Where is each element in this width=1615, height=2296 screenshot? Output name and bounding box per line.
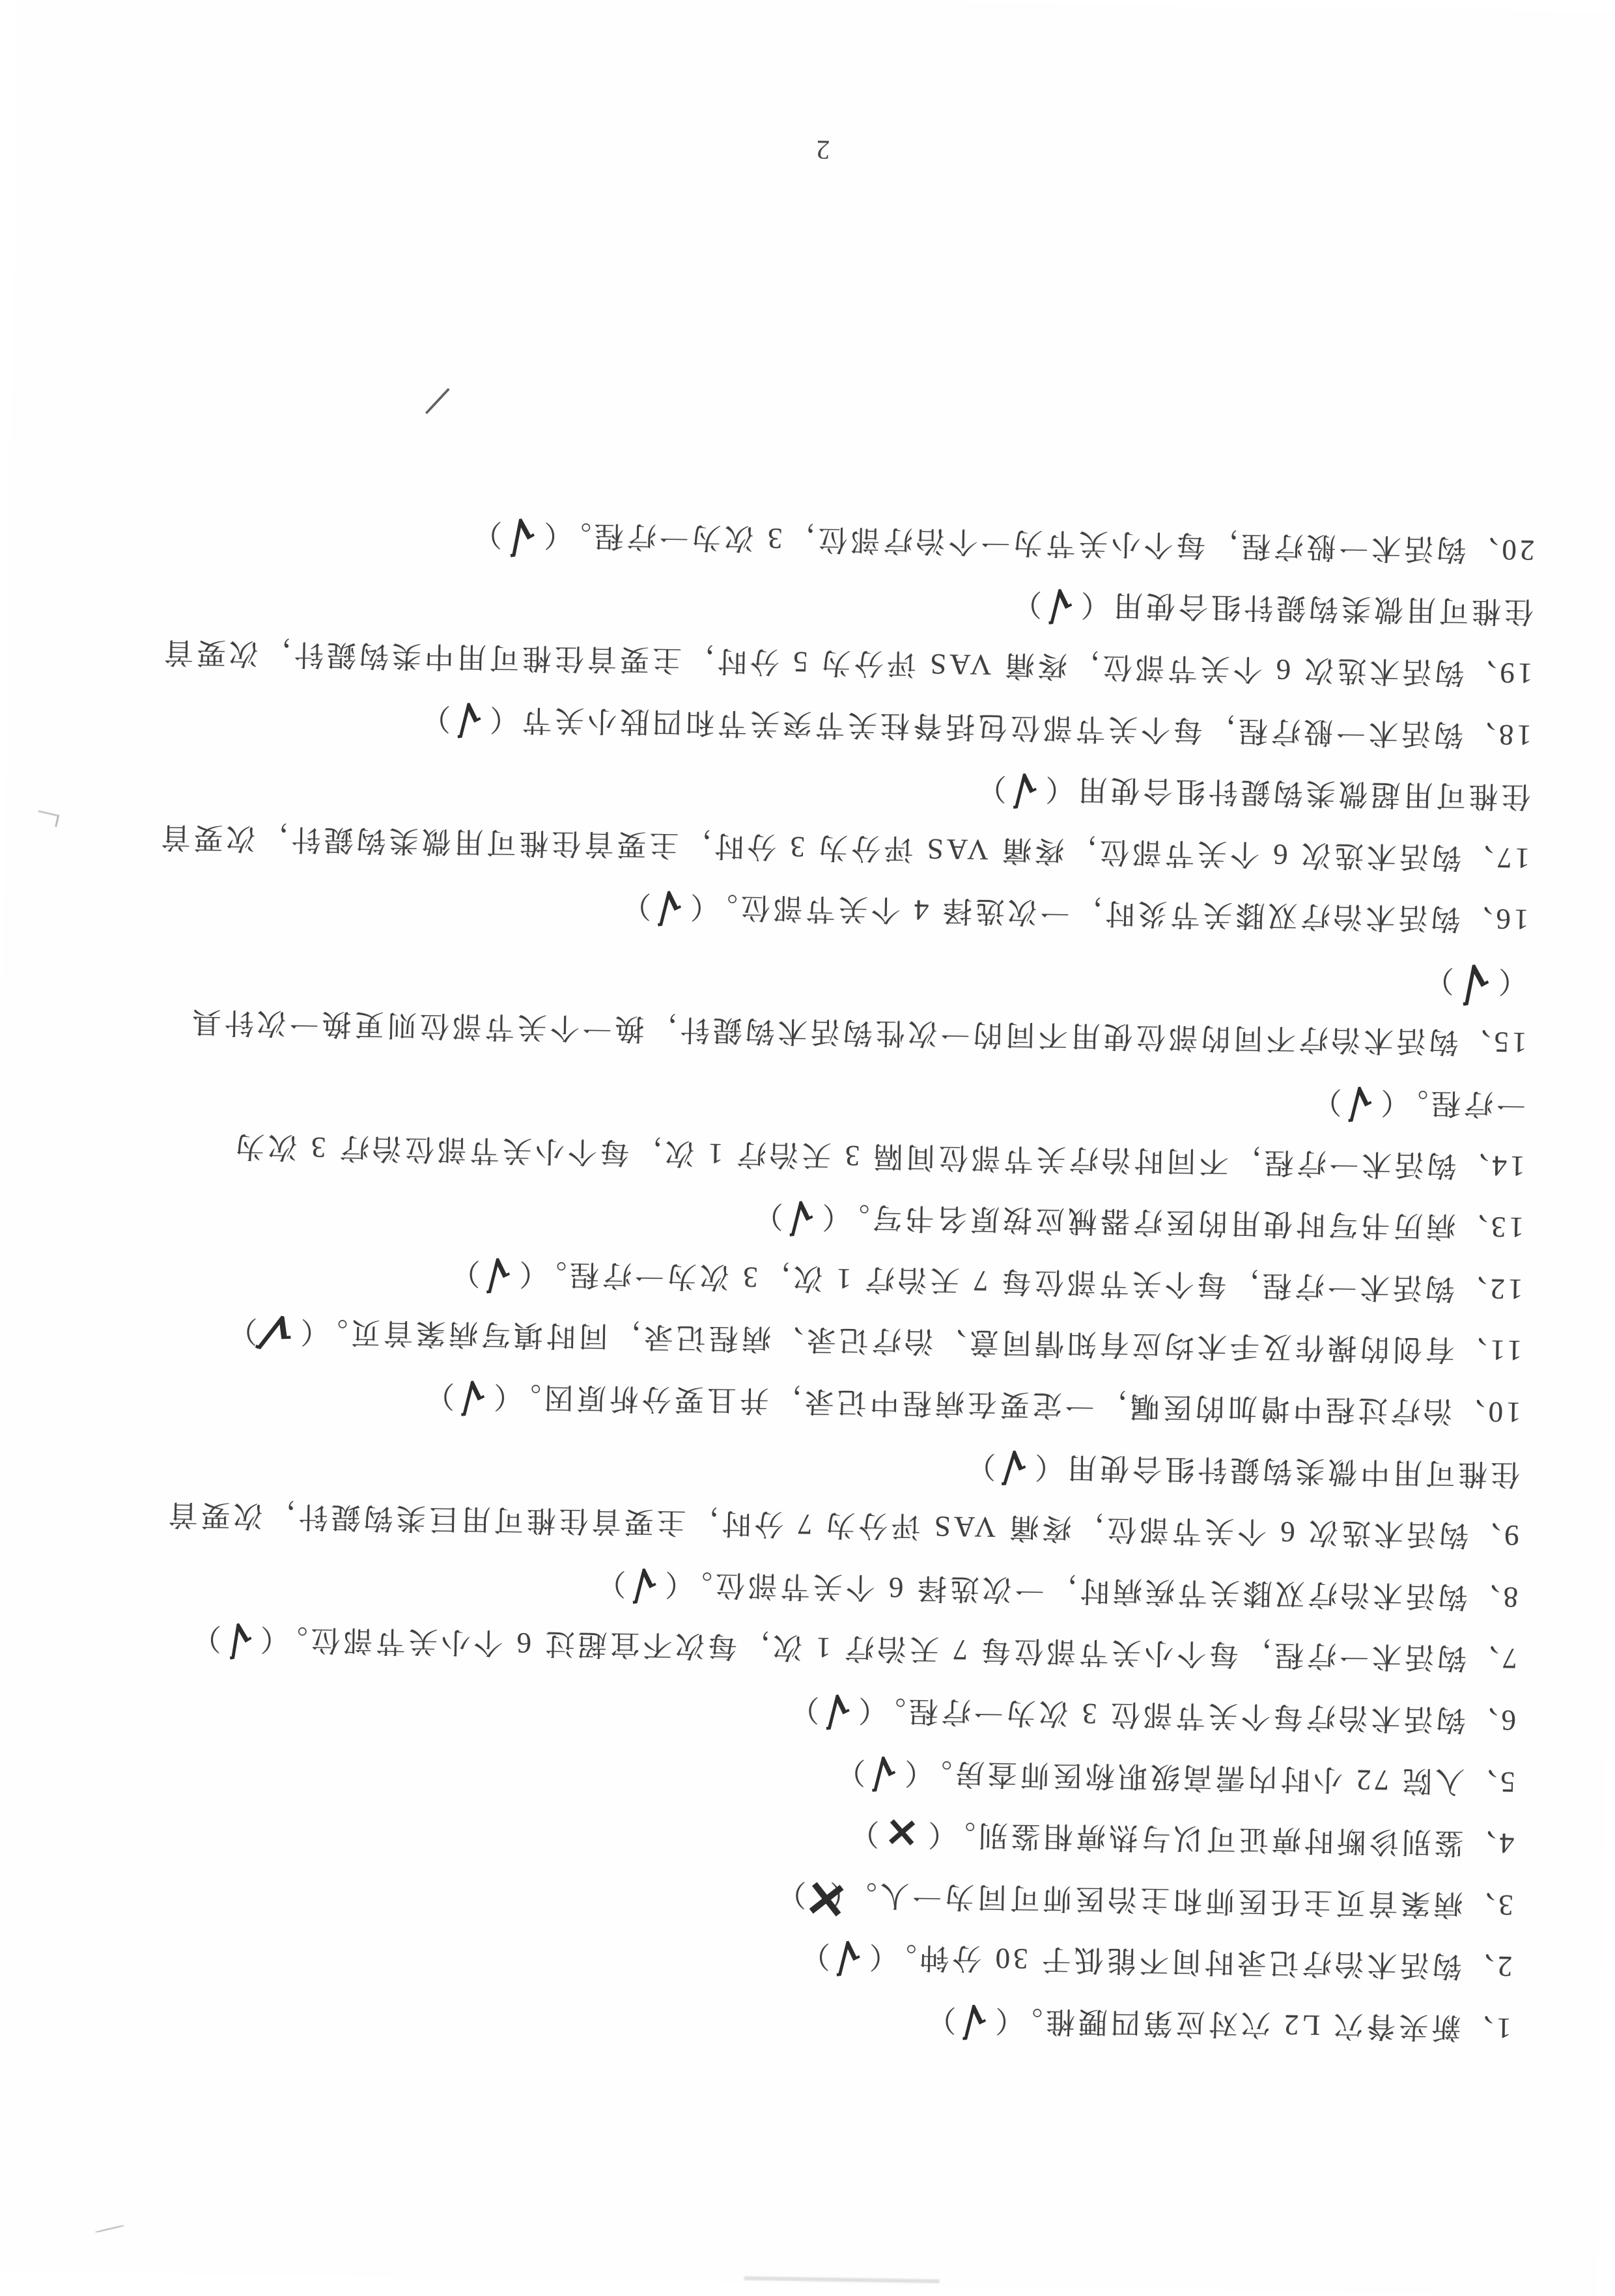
handwritten-check-mark: √	[1347, 1099, 1373, 1102]
bracket-close: ）	[750, 1199, 783, 1233]
bracket-close: ）	[787, 1693, 820, 1726]
handwritten-check-mark: √	[961, 2017, 987, 2020]
bracket-close: ）	[1309, 1085, 1342, 1118]
handwritten-check-mark: √	[631, 1581, 657, 1584]
bracket-close: ）	[470, 517, 503, 550]
handwritten-check-mark: √	[261, 1327, 294, 1336]
handwritten-cross-mark: ×	[804, 1897, 849, 1903]
question-text: 8、钩活术治疗双膝关节疾病时，一次选择 6 个关节部位。（	[662, 1567, 1519, 1614]
question-text: 13、病历书写时使用的医疗器械应按原名书写。（	[819, 1201, 1524, 1244]
handwritten-check-mark: √	[507, 531, 535, 536]
bracket-close: ）	[923, 2003, 957, 2036]
handwritten-check-mark: √	[656, 903, 682, 906]
question-text: 9、钩活术选次 6 个关节部位，疼痛 VAS 评分为 7 分时，主要首住椎可用巨…	[165, 1498, 1519, 1552]
bracket-close: ）	[974, 772, 1007, 805]
handwritten-check-mark: √	[1000, 1464, 1026, 1465]
question-text: 住椎可用超微类钩鍉针组合使用（	[1042, 773, 1531, 813]
bracket-close: ）	[1009, 587, 1043, 621]
handwritten-check-mark: √	[824, 1707, 850, 1709]
question-text: （	[1495, 964, 1528, 998]
scanner-edge-smudge	[744, 2276, 940, 2284]
question-text: 17、钩活术选次 6 个关节部位，疼痛 VAS 评分为 3 分时，主要首住椎可用…	[158, 820, 1530, 875]
scanned-exam-page: 1、新夹脊穴 L2 穴对应第四腰椎。（√） 2、钩活术治疗记录时间不能低于 30…	[0, 0, 1615, 2284]
bracket-close	[148, 820, 149, 853]
question-text: 一疗程。（	[1377, 1086, 1526, 1121]
question-text: 6、钩活术治疗每个关节部位 3 次为一疗程。（	[855, 1694, 1517, 1737]
question-text: 1、新夹脊穴 L2 穴对应第四腰椎。（	[992, 2004, 1511, 2045]
question-text: 16、钩活术治疗双膝关节炎时，一次选择 4 个关节部位。（	[687, 890, 1529, 936]
bracket-close	[223, 1130, 223, 1162]
question-text: 2、钩活术治疗记录时间不能低于 30 分钟。（	[865, 1940, 1512, 1983]
handwritten-check-mark: √	[226, 1635, 252, 1640]
bracket-close: ）	[593, 1567, 626, 1600]
bracket-close	[156, 1498, 156, 1531]
handwritten-cross-mark: ×	[884, 1832, 920, 1835]
bracket-close: ）	[963, 1449, 996, 1482]
bracket-close: ）	[847, 1817, 880, 1850]
handwritten-check-mark: √	[455, 716, 481, 718]
question-text: 10、治疗过程中增加的医嘱，一定要在病程中记录，并且要分析原因。（	[490, 1380, 1521, 1429]
bracket-close: ）	[619, 889, 652, 923]
question-text: 7、钩活术一疗程，每个小关节部位每 7 天治疗 1 次，每次不宜超过 6 个小关…	[257, 1623, 1517, 1675]
pen-stray-tick-mark	[36, 810, 59, 827]
bracket-close: ）	[797, 1939, 830, 1972]
question-text: 15、钩活术治疗不同的部位使用不同的一次性钩活术钩鍉针，换一个关节部位则更换一次…	[188, 1006, 1527, 1059]
question-text: 5、入院 72 小时内需高级职称医师查房。（	[901, 1756, 1515, 1799]
pen-stray-squiggle-mark	[94, 2224, 125, 2233]
question-text: 4、鉴别诊断时痹证可以与热痹相鉴别。（	[925, 1818, 1515, 1860]
bracket-close: ）	[225, 1314, 258, 1347]
question-text: 18、钩活术一般疗程，每个关节部位包括脊柱关节突关节和四肢小关节（	[486, 703, 1532, 751]
pen-stray-slash-mark	[425, 388, 450, 415]
bracket-close: ）	[447, 1256, 481, 1289]
question-text: 20、钩活术一般疗程，每个小关节为一个治疗部位，3 次为一疗程。（	[541, 518, 1535, 567]
handwritten-check-mark: √	[1011, 786, 1037, 789]
question-text: 11、有创的操作及手术均应有知情同意、治疗记录、病程记录，同时填写病案首页。（	[297, 1315, 1522, 1367]
page-number: 2	[16, 121, 1615, 178]
handwritten-check-mark: √	[871, 1769, 897, 1772]
bracket-close: ）	[1421, 964, 1454, 997]
bracket-close: ）	[833, 1755, 866, 1788]
question-text: 住椎可用微类钩鍉针组合使用（	[1078, 589, 1534, 628]
question-text: 12、钩活术一疗程，每个关节部位每 7 天治疗 1 次，3 次为一疗程。（	[516, 1257, 1523, 1306]
question-text: 19、钩活术选次 6 个关节部位，疼痛 VAS 评分为 5 分时，主要首住椎可用…	[161, 636, 1533, 690]
question-text: 14、钩活术一疗程，不同时治疗关节部位间隔 3 天治疗 1 次，每个小关节部位治…	[232, 1130, 1525, 1183]
bracket-close	[179, 1005, 180, 1038]
bracket-close: ）	[422, 1379, 455, 1412]
question-text: 住椎可用中微类钩鍉针组合使用（	[1032, 1450, 1521, 1491]
handwritten-check-mark: √	[1459, 978, 1489, 983]
quiz-true-false-section: 1、新夹脊穴 L2 穴对应第四腰椎。（√） 2、钩活术治疗记录时间不能低于 30…	[68, 497, 1535, 2059]
bracket-close	[151, 636, 152, 668]
handwritten-check-mark: √	[1046, 602, 1073, 604]
handwritten-check-mark: √	[835, 1953, 861, 1956]
handwritten-check-mark: √	[485, 1270, 511, 1273]
bracket-close: ）	[188, 1622, 221, 1655]
bracket-close: ）	[418, 701, 451, 735]
bracket-close: ）	[774, 1877, 807, 1911]
handwritten-check-mark: √	[460, 1393, 486, 1396]
question-text: 3、病案首页主任医师和主治医师可同为一人。（	[826, 1878, 1513, 1922]
handwritten-check-mark: √	[788, 1214, 814, 1216]
